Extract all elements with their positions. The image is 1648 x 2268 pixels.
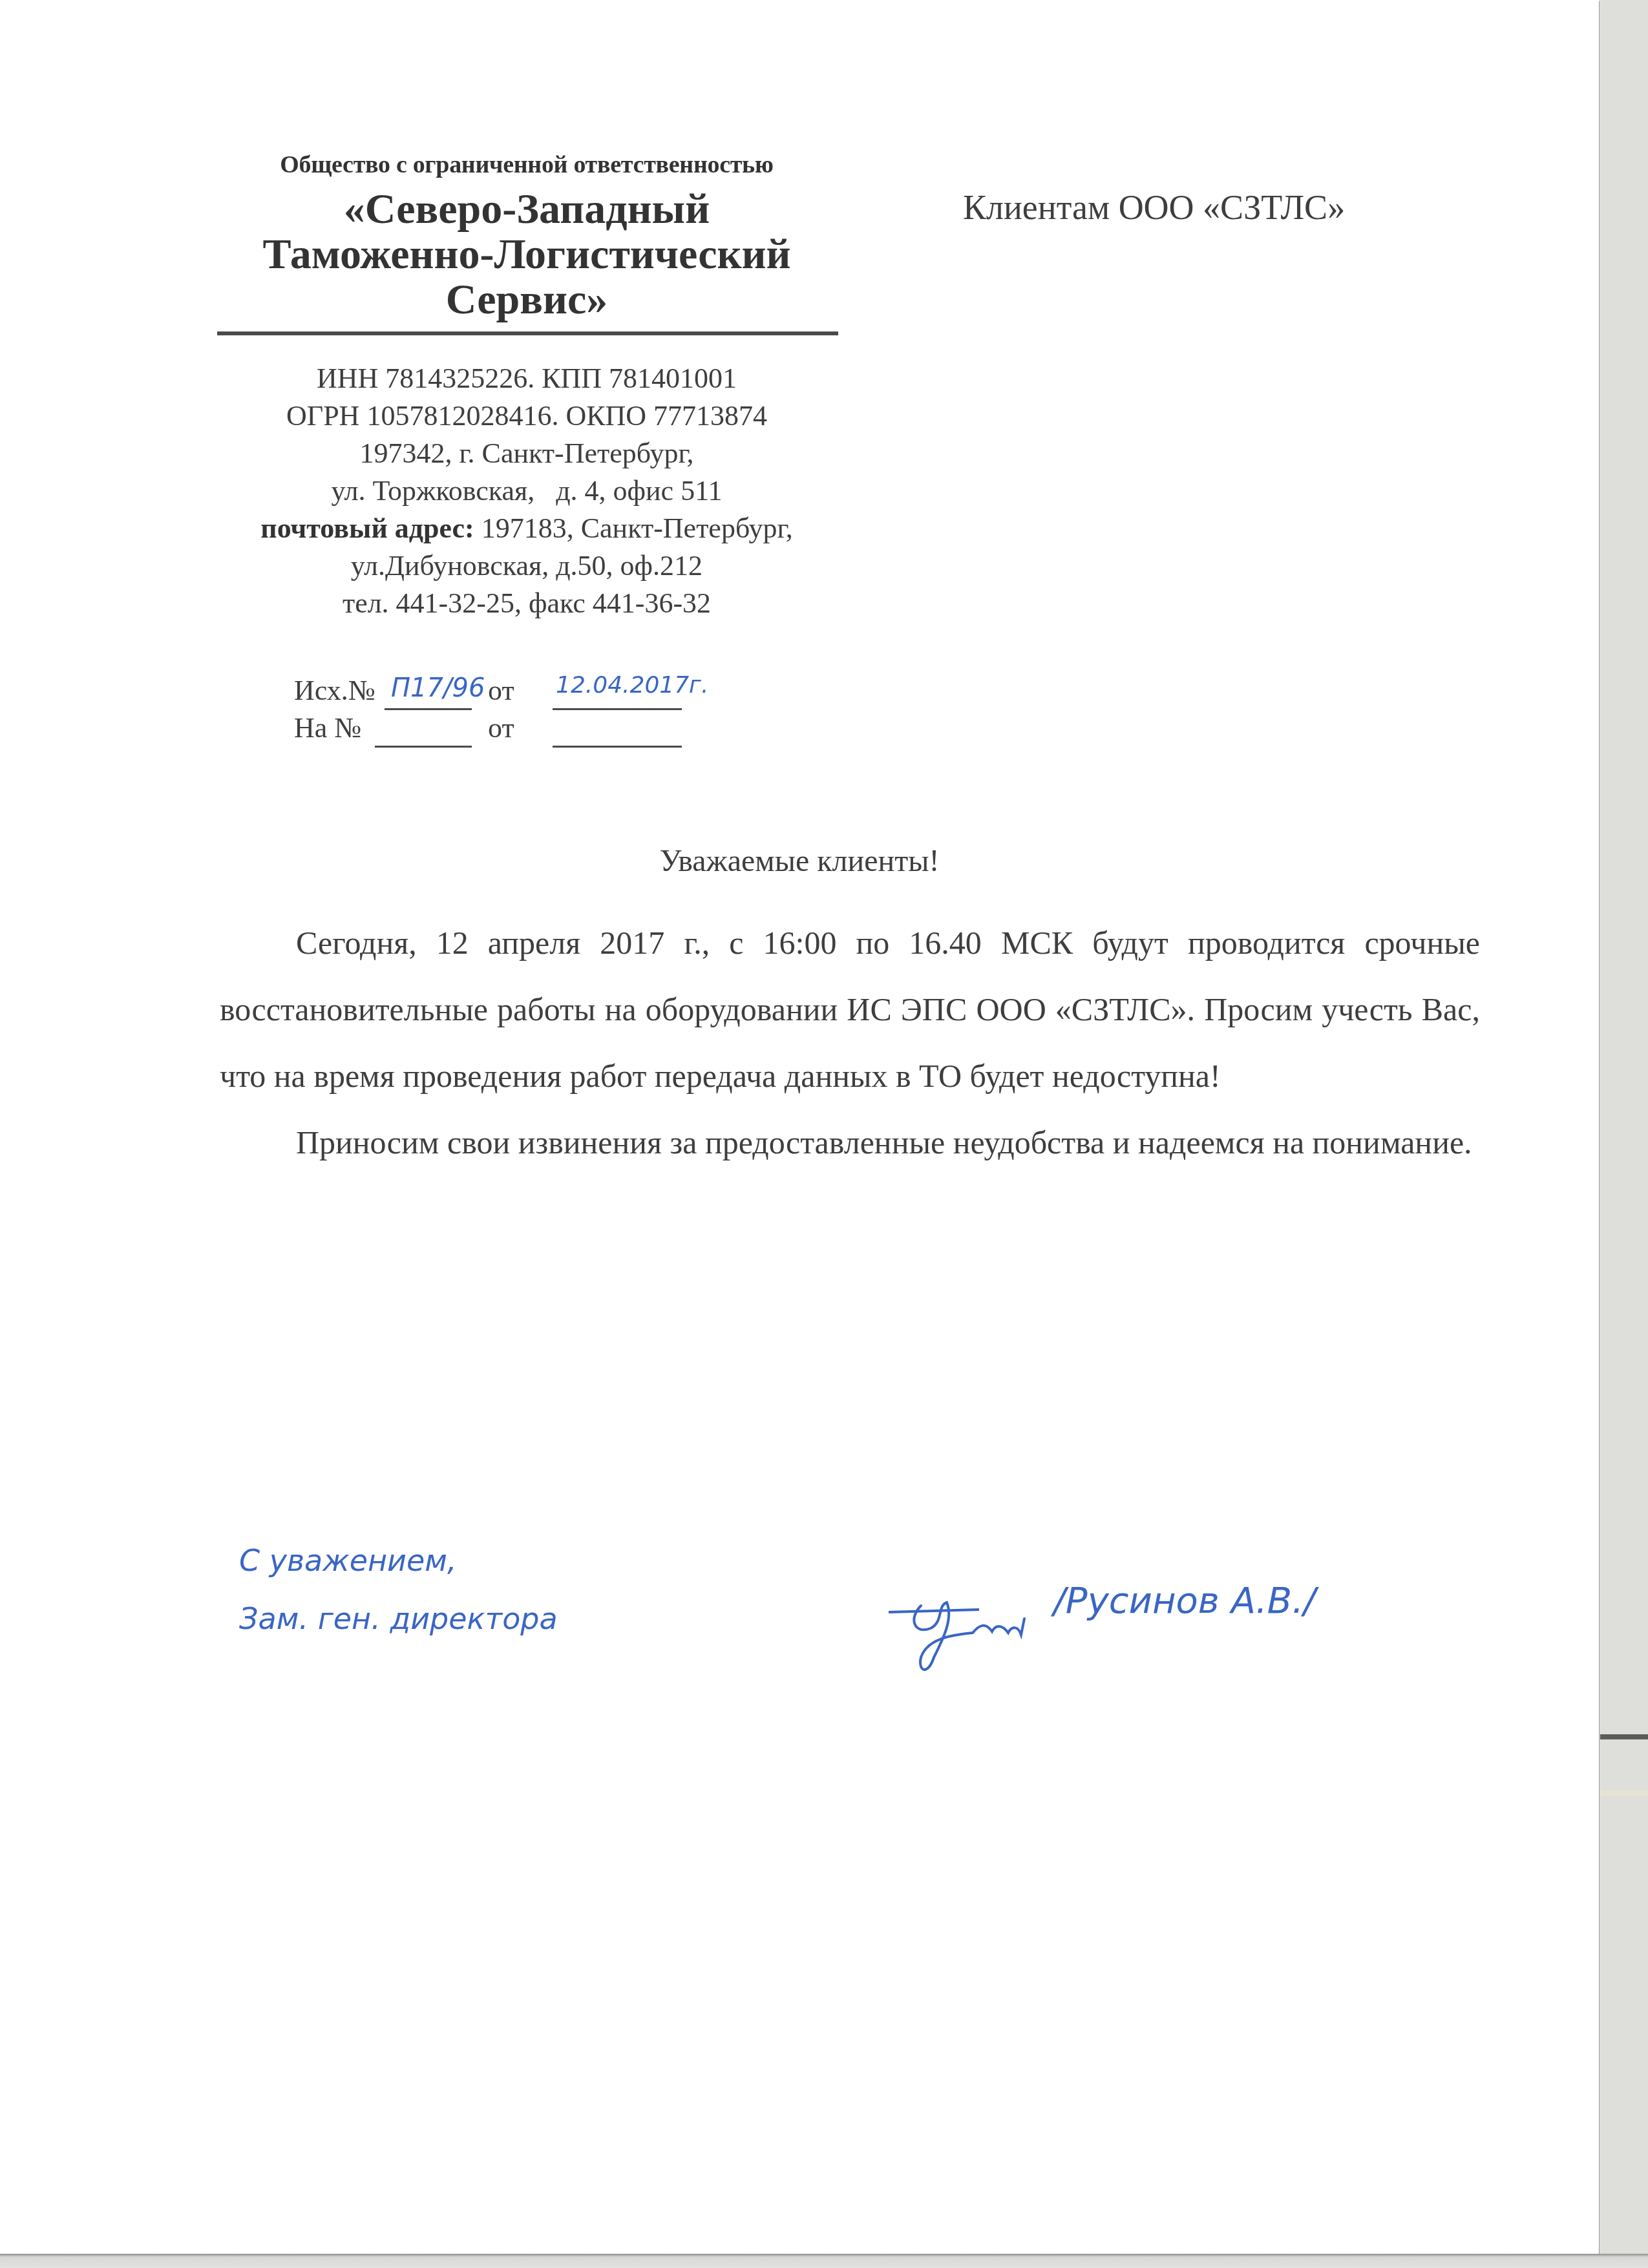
body-paragraph: Приносим свои извинения за предоставленн… — [220, 1109, 1480, 1176]
inn-kpp: ИНН 7814325226. КПП 781401001 — [213, 360, 840, 397]
reply-date-field — [553, 709, 682, 748]
outgoing-date: 12.04.2017г. — [556, 667, 708, 704]
salutation: Уважаемые клиенты! — [0, 843, 1599, 879]
scanner-edge-mark — [1600, 1734, 1648, 1739]
company-name: «Северо-Западный Таможенно-Логистический… — [213, 187, 840, 322]
from-label: от — [488, 672, 514, 709]
letterhead: Общество с ограниченной ответственностью… — [213, 145, 840, 622]
company-name-line: «Северо-Западный — [213, 187, 840, 232]
postal-value: 197183, Санкт-Петербург, — [474, 512, 793, 544]
signature-scrawl-icon — [882, 1573, 1050, 1690]
phone-fax: тел. 441-32-25, факс 441-36-32 — [213, 585, 840, 622]
handwritten-closing: С уважением, Зам. ген. директора — [239, 1531, 558, 1648]
scanner-edge-mark — [1600, 1790, 1648, 1796]
letterhead-divider — [217, 331, 838, 335]
legal-form: Общество с ограниченной ответственностью — [213, 145, 840, 184]
addressee: Клиентам ООО «СЗТЛС» — [963, 187, 1345, 227]
outgoing-label: Исх.№ — [294, 672, 375, 709]
company-details: ИНН 7814325226. КПП 781401001 ОГРН 10578… — [213, 360, 840, 622]
scanner-bottom-edge — [0, 2254, 1648, 2268]
closing-phrase: С уважением, — [239, 1531, 558, 1590]
signer-position: Зам. ген. директора — [239, 1590, 558, 1648]
company-name-line: Таможенно-Логистический — [213, 232, 840, 277]
address-line: 197342, г. Санкт-Петербург, — [213, 435, 840, 472]
postal-address: почтовый адрес: 197183, Санкт-Петербург, — [213, 510, 840, 547]
letter-body: Сегодня, 12 апреля 2017 г., с 16:00 по 1… — [220, 910, 1480, 1176]
postal-label: почтовый адрес: — [260, 512, 474, 544]
reply-label: На № — [294, 709, 361, 747]
address-line: ул. Торжковская, д. 4, офис 511 — [213, 472, 840, 510]
reply-from-label: от — [488, 709, 514, 747]
signer-name: /Русинов А.В./ — [1053, 1580, 1316, 1622]
ogrn-okpo: ОГРН 1057812028416. ОКПО 77713874 — [213, 397, 840, 435]
body-paragraph: Сегодня, 12 апреля 2017 г., с 16:00 по 1… — [220, 910, 1480, 1109]
outgoing-number: П17/96 — [391, 669, 485, 707]
postal-address-line: ул.Дибуновская, д.50, оф.212 — [213, 547, 840, 585]
reply-number-field — [375, 709, 472, 748]
company-name-line: Сервис» — [213, 277, 840, 322]
